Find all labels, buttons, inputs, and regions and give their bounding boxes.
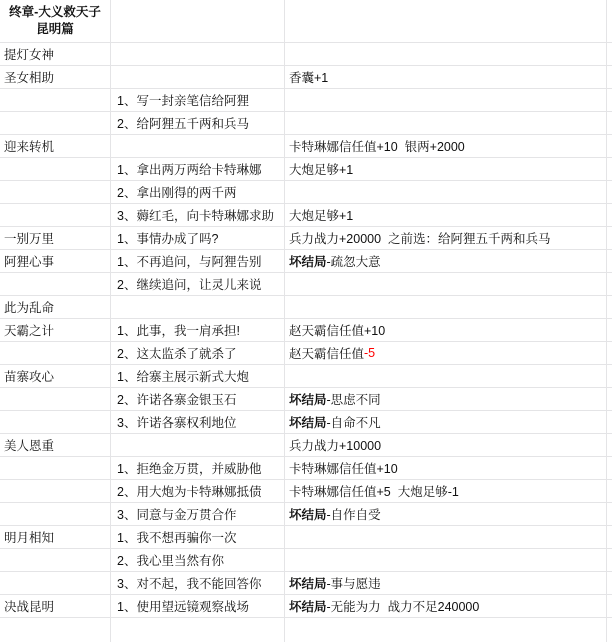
table-row: 3、薅红毛，向卡特琳娜求助大炮足够+1 [0, 204, 612, 227]
cell-option[interactable] [111, 43, 285, 65]
cell-result[interactable] [285, 365, 607, 387]
result-text: -疏忽大意 [327, 252, 381, 270]
cell-extra[interactable] [607, 411, 612, 433]
cell-extra[interactable] [607, 250, 612, 272]
cell-extra[interactable] [607, 457, 612, 479]
table-row: 2、用大炮为卡特琳娜抵债卡特琳娜信任值+5 大炮足够-1 [0, 480, 612, 503]
cell-chapter[interactable] [0, 388, 111, 410]
cell-option[interactable]: 3、薅红毛，向卡特琳娜求助 [111, 204, 285, 226]
spreadsheet: 终章-大义救天子 昆明篇 提灯女神圣女相助香囊+11、写一封亲笔信给阿狸2、给阿… [0, 0, 612, 642]
cell-extra[interactable] [607, 342, 612, 364]
chapter-label: 美人恩重 [4, 436, 54, 454]
cell-chapter[interactable] [0, 503, 111, 525]
cell-result[interactable] [285, 181, 607, 203]
table-row: 阿狸心事1、不再追问，与阿狸告别坏结局-疏忽大意 [0, 250, 612, 273]
cell-extra[interactable] [607, 388, 612, 410]
option-label: 2、继续追问，让灵儿来说 [117, 275, 261, 293]
cell-extra[interactable] [607, 526, 612, 548]
result-text: -无能为力 战力不足240000 [327, 597, 480, 615]
result-text: 卡特琳娜信任值+10 [289, 459, 398, 477]
table-row: 2、这太监杀了就杀了赵天霸信任值-5 [0, 342, 612, 365]
cell-option[interactable]: 2、我心里当然有你 [111, 549, 285, 571]
cell-chapter[interactable] [0, 204, 111, 226]
option-label: 3、同意与金万贯合作 [117, 505, 236, 523]
cell-option[interactable]: 1、此事，我一肩承担! [111, 319, 285, 341]
cell-option[interactable]: 3、同意与金万贯合作 [111, 503, 285, 525]
option-label: 1、不再追问，与阿狸告别 [117, 252, 261, 270]
option-label: 1、拒绝金万贯，并威胁他 [117, 459, 261, 477]
cell-chapter[interactable]: 明月相知 [0, 526, 111, 548]
table-row: 此为乱命 [0, 296, 612, 319]
chapter-label: 圣女相助 [4, 68, 54, 86]
cell-result[interactable] [285, 296, 607, 318]
result-bad-ending-label: 坏结局 [289, 413, 327, 431]
cell-result[interactable]: 坏结局-思虑不同 [285, 388, 607, 410]
chapter-label: 明月相知 [4, 528, 54, 546]
result-text: 兵力战力+20000 之前选：给阿狸五千两和兵马 [289, 229, 551, 247]
option-label: 2、拿出刚得的两千两 [117, 183, 236, 201]
table-row: 圣女相助香囊+1 [0, 66, 612, 89]
cell-result[interactable] [285, 112, 607, 134]
table-row: 3、许诺各寨权利地位坏结局-自命不凡 [0, 411, 612, 434]
cell-option[interactable] [111, 135, 285, 157]
cell-extra[interactable] [607, 549, 612, 571]
option-label: 1、拿出两万两给卡特琳娜 [117, 160, 261, 178]
cell-chapter[interactable]: 提灯女神 [0, 43, 111, 65]
cell-extra[interactable] [607, 503, 612, 525]
chapter-title-line1: 终章-大义救天子 [9, 4, 101, 21]
cell-extra-header-empty[interactable] [607, 0, 612, 42]
cell-extra[interactable] [607, 158, 612, 180]
cell-extra[interactable] [607, 480, 612, 502]
cell-result[interactable]: 坏结局-自作自受 [285, 503, 607, 525]
cell-option[interactable]: 1、拒绝金万贯，并威胁他 [111, 457, 285, 479]
cell-result[interactable]: 大炮足够+1 [285, 158, 607, 180]
table-row: 决战昆明1、使用望远镜观察战场坏结局-无能为力 战力不足240000 [0, 595, 612, 618]
cell-result[interactable] [285, 549, 607, 571]
result-text: 兵力战力+10000 [289, 436, 381, 454]
cell-result[interactable]: 卡特琳娜信任值+5 大炮足够-1 [285, 480, 607, 502]
cell-option[interactable]: 3、对不起，我不能回答你 [111, 572, 285, 594]
cell-extra[interactable] [607, 66, 612, 88]
cell-result[interactable] [285, 526, 607, 548]
cell-chapter[interactable] [0, 112, 111, 134]
cell-option[interactable]: 2、用大炮为卡特琳娜抵债 [111, 480, 285, 502]
table-row: 1、拒绝金万贯，并威胁他卡特琳娜信任值+10 [0, 457, 612, 480]
table-row: 2、给阿狸五千两和兵马 [0, 112, 612, 135]
cell-option[interactable]: 2、给阿狸五千两和兵马 [111, 112, 285, 134]
cell-result[interactable]: 大炮足够+1 [285, 204, 607, 226]
result-text: 大炮足够+1 [289, 160, 353, 178]
cell-extra[interactable] [607, 434, 612, 456]
cell-extra[interactable] [607, 204, 612, 226]
cell-chapter[interactable] [0, 549, 111, 571]
cell-chapter[interactable] [0, 457, 111, 479]
cell-chapter[interactable] [0, 181, 111, 203]
result-bad-ending-label: 坏结局 [289, 597, 327, 615]
result-text: -思虑不同 [327, 390, 381, 408]
option-label: 1、写一封亲笔信给阿狸 [117, 91, 249, 109]
cell-chapter-title[interactable]: 终章-大义救天子 昆明篇 [0, 0, 111, 42]
cell-option[interactable]: 1、事情办成了吗? [111, 227, 285, 249]
option-label: 1、事情办成了吗? [117, 229, 218, 247]
cell-option-empty[interactable] [111, 618, 285, 642]
table-row: 天霸之计1、此事，我一肩承担!赵天霸信任值+10 [0, 319, 612, 342]
table-header-row: 终章-大义救天子 昆明篇 [0, 0, 612, 43]
cell-extra[interactable] [607, 227, 612, 249]
cell-chapter[interactable]: 决战昆明 [0, 595, 111, 617]
chapter-label: 阿狸心事 [4, 252, 54, 270]
table-body: 提灯女神圣女相助香囊+11、写一封亲笔信给阿狸2、给阿狸五千两和兵马迎来转机卡特… [0, 43, 612, 618]
cell-option[interactable]: 1、写一封亲笔信给阿狸 [111, 89, 285, 111]
cell-option[interactable]: 3、许诺各寨权利地位 [111, 411, 285, 433]
cell-chapter[interactable] [0, 342, 111, 364]
cell-result[interactable]: 坏结局-无能为力 战力不足240000 [285, 595, 607, 617]
table-row: 1、拿出两万两给卡特琳娜大炮足够+1 [0, 158, 612, 181]
result-text: -事与愿违 [327, 574, 381, 592]
cell-result[interactable]: 香囊+1 [285, 66, 607, 88]
empty-row [0, 618, 612, 642]
cell-result[interactable]: 坏结局-疏忽大意 [285, 250, 607, 272]
cell-chapter[interactable]: 苗寨攻心 [0, 365, 111, 387]
table-row: 美人恩重兵力战力+10000 [0, 434, 612, 457]
cell-chapter[interactable]: 美人恩重 [0, 434, 111, 456]
table-row: 2、继续追问，让灵儿来说 [0, 273, 612, 296]
cell-chapter[interactable] [0, 480, 111, 502]
chapter-label: 此为乱命 [4, 298, 54, 316]
cell-chapter[interactable] [0, 158, 111, 180]
cell-extra[interactable] [607, 43, 612, 65]
cell-chapter[interactable] [0, 89, 111, 111]
result-bad-ending-label: 坏结局 [289, 252, 327, 270]
chapter-label: 决战昆明 [4, 597, 54, 615]
result-text: 赵天霸信任值 [289, 344, 364, 362]
option-label: 2、给阿狸五千两和兵马 [117, 114, 249, 132]
table-row: 提灯女神 [0, 43, 612, 66]
cell-extra[interactable] [607, 572, 612, 594]
cell-chapter[interactable]: 此为乱命 [0, 296, 111, 318]
table-row: 3、同意与金万贯合作坏结局-自作自受 [0, 503, 612, 526]
table-row: 明月相知1、我不想再骗你一次 [0, 526, 612, 549]
option-label: 2、许诺各寨金银玉石 [117, 390, 236, 408]
option-label: 2、用大炮为卡特琳娜抵债 [117, 482, 261, 500]
cell-option[interactable]: 2、许诺各寨金银玉石 [111, 388, 285, 410]
cell-result[interactable] [285, 273, 607, 295]
result-text: -自命不凡 [327, 413, 381, 431]
cell-extra[interactable] [607, 273, 612, 295]
option-label: 3、对不起，我不能回答你 [117, 574, 261, 592]
option-label: 1、我不想再骗你一次 [117, 528, 236, 546]
cell-option-header-empty[interactable] [111, 0, 285, 42]
cell-option[interactable]: 1、我不想再骗你一次 [111, 526, 285, 548]
cell-option[interactable] [111, 296, 285, 318]
option-label: 2、我心里当然有你 [117, 551, 224, 569]
cell-option[interactable] [111, 434, 285, 456]
cell-result[interactable]: 兵力战力+10000 [285, 434, 607, 456]
cell-chapter[interactable]: 天霸之计 [0, 319, 111, 341]
cell-result[interactable] [285, 89, 607, 111]
cell-extra[interactable] [607, 319, 612, 341]
result-text: -自作自受 [327, 505, 381, 523]
cell-extra[interactable] [607, 89, 612, 111]
cell-chapter[interactable]: 阿狸心事 [0, 250, 111, 272]
cell-extra[interactable] [607, 112, 612, 134]
result-bad-ending-label: 坏结局 [289, 390, 327, 408]
result-text: 大炮足够+1 [289, 206, 353, 224]
result-text: 香囊+1 [289, 68, 328, 86]
cell-chapter[interactable]: 圣女相助 [0, 66, 111, 88]
option-label: 1、给寨主展示新式大炮 [117, 367, 249, 385]
cell-chapter[interactable]: 一别万里 [0, 227, 111, 249]
cell-result[interactable]: 兵力战力+20000 之前选：给阿狸五千两和兵马 [285, 227, 607, 249]
option-label: 1、此事，我一肩承担! [117, 321, 240, 339]
cell-result-header-empty[interactable] [285, 0, 607, 42]
chapter-title-line2: 昆明篇 [36, 21, 74, 38]
option-label: 1、使用望远镜观察战场 [117, 597, 249, 615]
table-row: 苗寨攻心1、给寨主展示新式大炮 [0, 365, 612, 388]
chapter-label: 苗寨攻心 [4, 367, 54, 385]
table-row: 2、许诺各寨金银玉石坏结局-思虑不同 [0, 388, 612, 411]
chapter-label: 一别万里 [4, 229, 54, 247]
table-row: 2、拿出刚得的两千两 [0, 181, 612, 204]
result-text: 赵天霸信任值+10 [289, 321, 385, 339]
cell-chapter[interactable]: 迎来转机 [0, 135, 111, 157]
option-label: 3、薅红毛，向卡特琳娜求助 [117, 206, 274, 224]
cell-result[interactable]: 坏结局-自命不凡 [285, 411, 607, 433]
cell-option[interactable]: 2、继续追问，让灵儿来说 [111, 273, 285, 295]
cell-result[interactable]: 赵天霸信任值+10 [285, 319, 607, 341]
cell-option[interactable]: 1、拿出两万两给卡特琳娜 [111, 158, 285, 180]
result-text: 卡特琳娜信任值+5 大炮足够-1 [289, 482, 459, 500]
table-row: 迎来转机卡特琳娜信任值+10 银两+2000 [0, 135, 612, 158]
cell-extra[interactable] [607, 181, 612, 203]
cell-extra-empty[interactable] [607, 618, 612, 642]
cell-result[interactable]: 赵天霸信任值-5 [285, 342, 607, 364]
cell-extra[interactable] [607, 595, 612, 617]
cell-chapter-empty[interactable] [0, 618, 111, 642]
option-label: 2、这太监杀了就杀了 [117, 344, 236, 362]
cell-extra[interactable] [607, 365, 612, 387]
cell-option[interactable]: 1、给寨主展示新式大炮 [111, 365, 285, 387]
cell-chapter[interactable] [0, 411, 111, 433]
table-row: 一别万里1、事情办成了吗?兵力战力+20000 之前选：给阿狸五千两和兵马 [0, 227, 612, 250]
option-label: 3、许诺各寨权利地位 [117, 413, 236, 431]
table-row: 3、对不起，我不能回答你坏结局-事与愿违 [0, 572, 612, 595]
chapter-label: 迎来转机 [4, 137, 54, 155]
result-text: 卡特琳娜信任值+10 银两+2000 [289, 137, 465, 155]
cell-result[interactable] [285, 43, 607, 65]
cell-option[interactable]: 1、不再追问，与阿狸告别 [111, 250, 285, 272]
cell-result[interactable]: 卡特琳娜信任值+10 银两+2000 [285, 135, 607, 157]
table-row: 1、写一封亲笔信给阿狸 [0, 89, 612, 112]
chapter-label: 提灯女神 [4, 45, 54, 63]
cell-option[interactable] [111, 66, 285, 88]
cell-chapter[interactable] [0, 572, 111, 594]
cell-option[interactable]: 1、使用望远镜观察战场 [111, 595, 285, 617]
cell-result[interactable]: 坏结局-事与愿违 [285, 572, 607, 594]
cell-option[interactable]: 2、拿出刚得的两千两 [111, 181, 285, 203]
cell-chapter[interactable] [0, 273, 111, 295]
cell-result[interactable]: 卡特琳娜信任值+10 [285, 457, 607, 479]
cell-option[interactable]: 2、这太监杀了就杀了 [111, 342, 285, 364]
result-bad-ending-label: 坏结局 [289, 574, 327, 592]
result-bad-ending-label: 坏结局 [289, 505, 327, 523]
chapter-label: 天霸之计 [4, 321, 54, 339]
result-negative-value: -5 [364, 346, 375, 360]
cell-result-empty[interactable] [285, 618, 607, 642]
cell-extra[interactable] [607, 135, 612, 157]
table-row: 2、我心里当然有你 [0, 549, 612, 572]
cell-extra[interactable] [607, 296, 612, 318]
